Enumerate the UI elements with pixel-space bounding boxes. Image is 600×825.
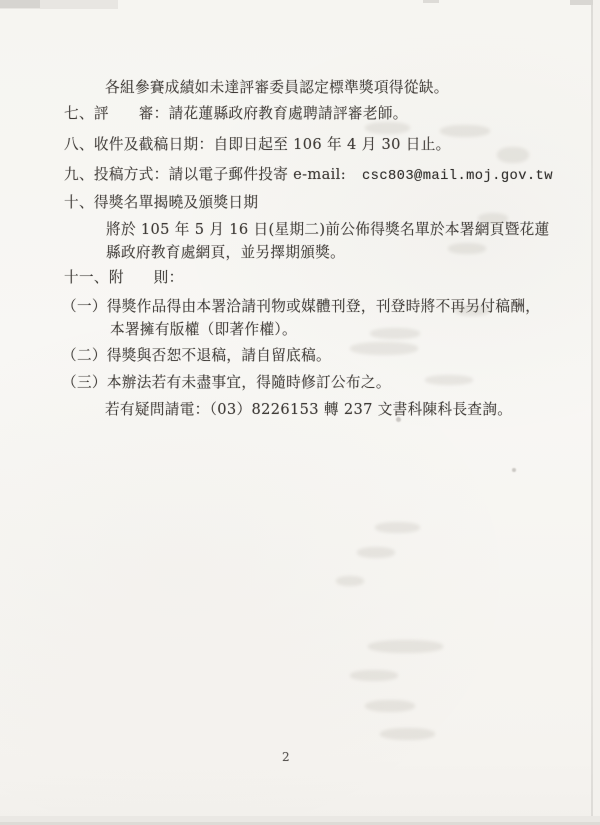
doc-item-7-review: 七、評 審：請花蓮縣政府教育處聘請評審老師。 [64,102,408,123]
doc-note-1-line2: 本署擁有版權（即著作權）。 [110,318,297,339]
submission-email-address: csc803@mail.moj.gov.tw [362,169,553,184]
bleed-through-smudge [350,342,418,355]
doc-note-2: （二）得獎與否恕不退稿，請自留底稿。 [62,344,331,365]
scan-artifact-right-margin [593,0,600,825]
bleed-through-smudge [357,547,395,558]
doc-item-10-body-line2: 縣政府教育處網頁，並另擇期頒獎。 [106,241,345,262]
bleed-through-smudge [368,640,443,653]
bleed-through-smudge [380,728,435,740]
bleed-through-smudge [425,375,473,385]
bleed-through-smudge [336,576,364,586]
doc-note-3: （三）本辦法若有未盡事宜，得隨時修訂公布之。 [62,371,391,392]
doc-line-intro: 各組參賽成績如未達評審委員認定標準獎項得從缺。 [105,76,449,97]
scanned-document-page: 各組參賽成績如未達評審委員認定標準獎項得從缺。 七、評 審：請花蓮縣政府教育處聘… [0,0,600,825]
doc-item-10-announcement-title: 十、得獎名單揭曉及頒獎日期 [64,191,258,212]
scan-artifact-top-mark [423,0,439,3]
bleed-through-smudge [375,522,420,533]
scan-artifact-top-left-band [0,0,118,9]
scan-artifact-top-right-mark [570,0,600,5]
bleed-through-smudge [365,700,415,712]
bleed-through-smudge [497,147,529,163]
page-number: 2 [282,750,290,764]
scan-artifact-top-left-corner [0,0,40,8]
doc-item-10-body-line1: 將於 105 年 5 月 16 日(星期二)前公佈得獎名單於本署網頁暨花蓮 [106,218,550,239]
bleed-through-smudge [448,243,486,254]
doc-contact-line: 若有疑問請電：（03）8226153 轉 237 文書科陳科長查詢。 [105,398,512,419]
bleed-through-smudge [370,328,420,339]
doc-item-8-deadline: 八、收件及截稿日期：自即日起至 106 年 4 月 30 日止。 [64,133,451,154]
doc-item-11-appendix-title: 十一、附 則： [64,266,184,287]
scan-artifact-bottom-band [0,816,600,825]
scan-artifact-right-edge-line [591,0,593,825]
doc-note-1-line1: （一）得獎作品得由本署洽請刊物或媒體刊登，刊登時將不再另付稿酬， [62,295,540,316]
bleed-through-smudge [350,670,398,681]
doc-item-9-submission: 九、投稿方式：請以電子郵件投寄 e-mail:csc803@mail.moj.g… [64,163,553,184]
submission-method-label: 九、投稿方式：請以電子郵件投寄 e-mail: [64,166,346,183]
scan-speck [512,468,516,472]
